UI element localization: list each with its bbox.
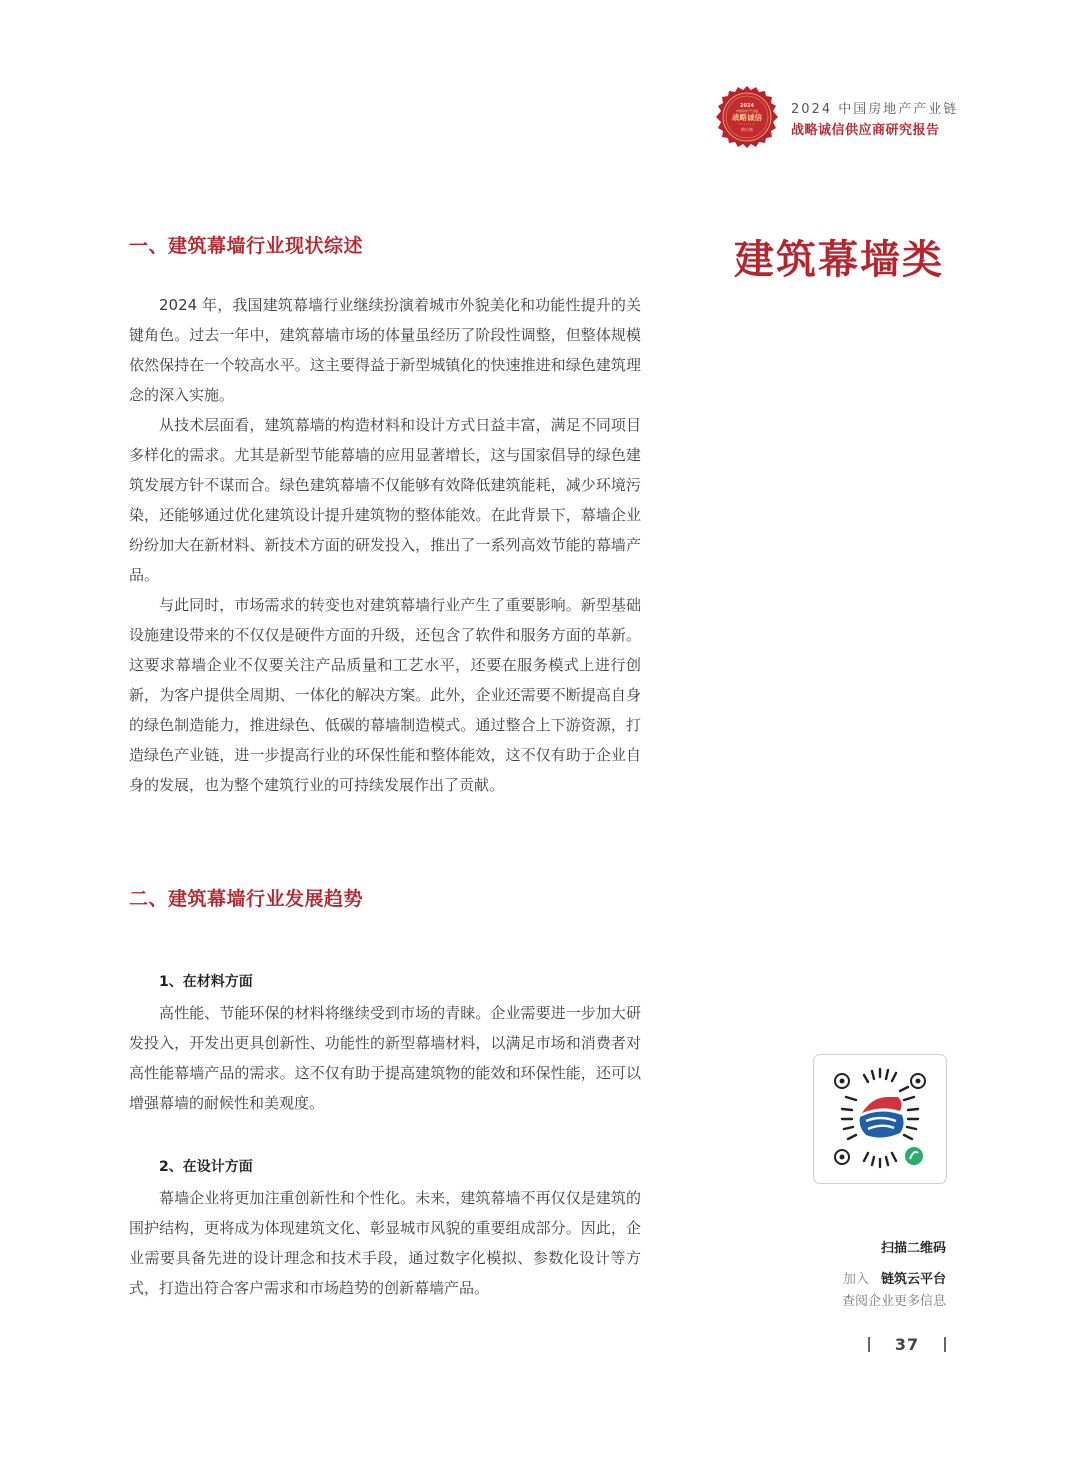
subsection-materials: 1、在材料方面 高性能、节能环保的材料将继续受到市场的青睐。企业需要进一步加大研… xyxy=(129,969,641,1118)
award-seal-logo: 2024 中国房地产产业链 战略诚信 供应商 xyxy=(716,86,778,148)
join-label: 加入 xyxy=(843,1272,869,1287)
divider xyxy=(944,1337,946,1352)
report-title: 战略诚信供应商研究报告 xyxy=(791,119,940,138)
qr-scan-caption: 扫描二维码 xyxy=(881,1237,946,1256)
qr-code[interactable] xyxy=(813,1054,947,1184)
divider xyxy=(868,1337,870,1352)
report-series-title: 2024 中国房地产产业链 xyxy=(791,98,958,117)
subsection-title: 2、在设计方面 xyxy=(129,1154,641,1180)
svg-text:战略诚信: 战略诚信 xyxy=(732,112,762,122)
paragraph: 高性能、节能环保的材料将继续受到市场的青睐。企业需要进一步加大研发投入，开发出更… xyxy=(129,998,641,1118)
page-number-value: 37 xyxy=(895,1335,919,1354)
section-1-body: 2024 年，我国建筑幕墙行业继续扮演着城市外貌美化和功能性提升的关键角色。过去… xyxy=(129,290,641,800)
section-heading-2: 二、建筑幕墙行业发展趋势 xyxy=(129,884,363,911)
subsection-design: 2、在设计方面 幕墙企业将更加注重创新性和个性化。未来，建筑幕墙不再仅仅是建筑的… xyxy=(129,1154,641,1303)
qr-more-info-caption: 查阅企业更多信息 xyxy=(842,1290,946,1309)
seal-icon: 2024 中国房地产产业链 战略诚信 供应商 xyxy=(716,86,778,148)
paragraph: 从技术层面看，建筑幕墙的构造材料和设计方式日益丰富，满足不同项目多样化的需求。尤… xyxy=(129,410,641,590)
paragraph: 2024 年，我国建筑幕墙行业继续扮演着城市外貌美化和功能性提升的关键角色。过去… xyxy=(129,290,641,410)
platform-name: 链筑云平台 xyxy=(881,1272,946,1287)
paragraph: 幕墙企业将更加注重创新性和个性化。未来，建筑幕墙不再仅仅是建筑的围护结构，更将成… xyxy=(129,1183,641,1303)
paragraph: 与此同时，市场需求的转变也对建筑幕墙行业产生了重要影响。新型基础设施建设带来的不… xyxy=(129,590,641,800)
svg-text:供应商: 供应商 xyxy=(741,126,753,132)
category-title: 建筑幕墙类 xyxy=(734,228,944,285)
qr-join-caption: 加入链筑云平台 xyxy=(843,1268,946,1287)
subsection-title: 1、在材料方面 xyxy=(129,969,641,995)
page-number: 37 xyxy=(868,1332,946,1356)
section-heading-1: 一、建筑幕墙行业现状综述 xyxy=(129,231,363,258)
qr-code-icon xyxy=(822,1063,938,1175)
